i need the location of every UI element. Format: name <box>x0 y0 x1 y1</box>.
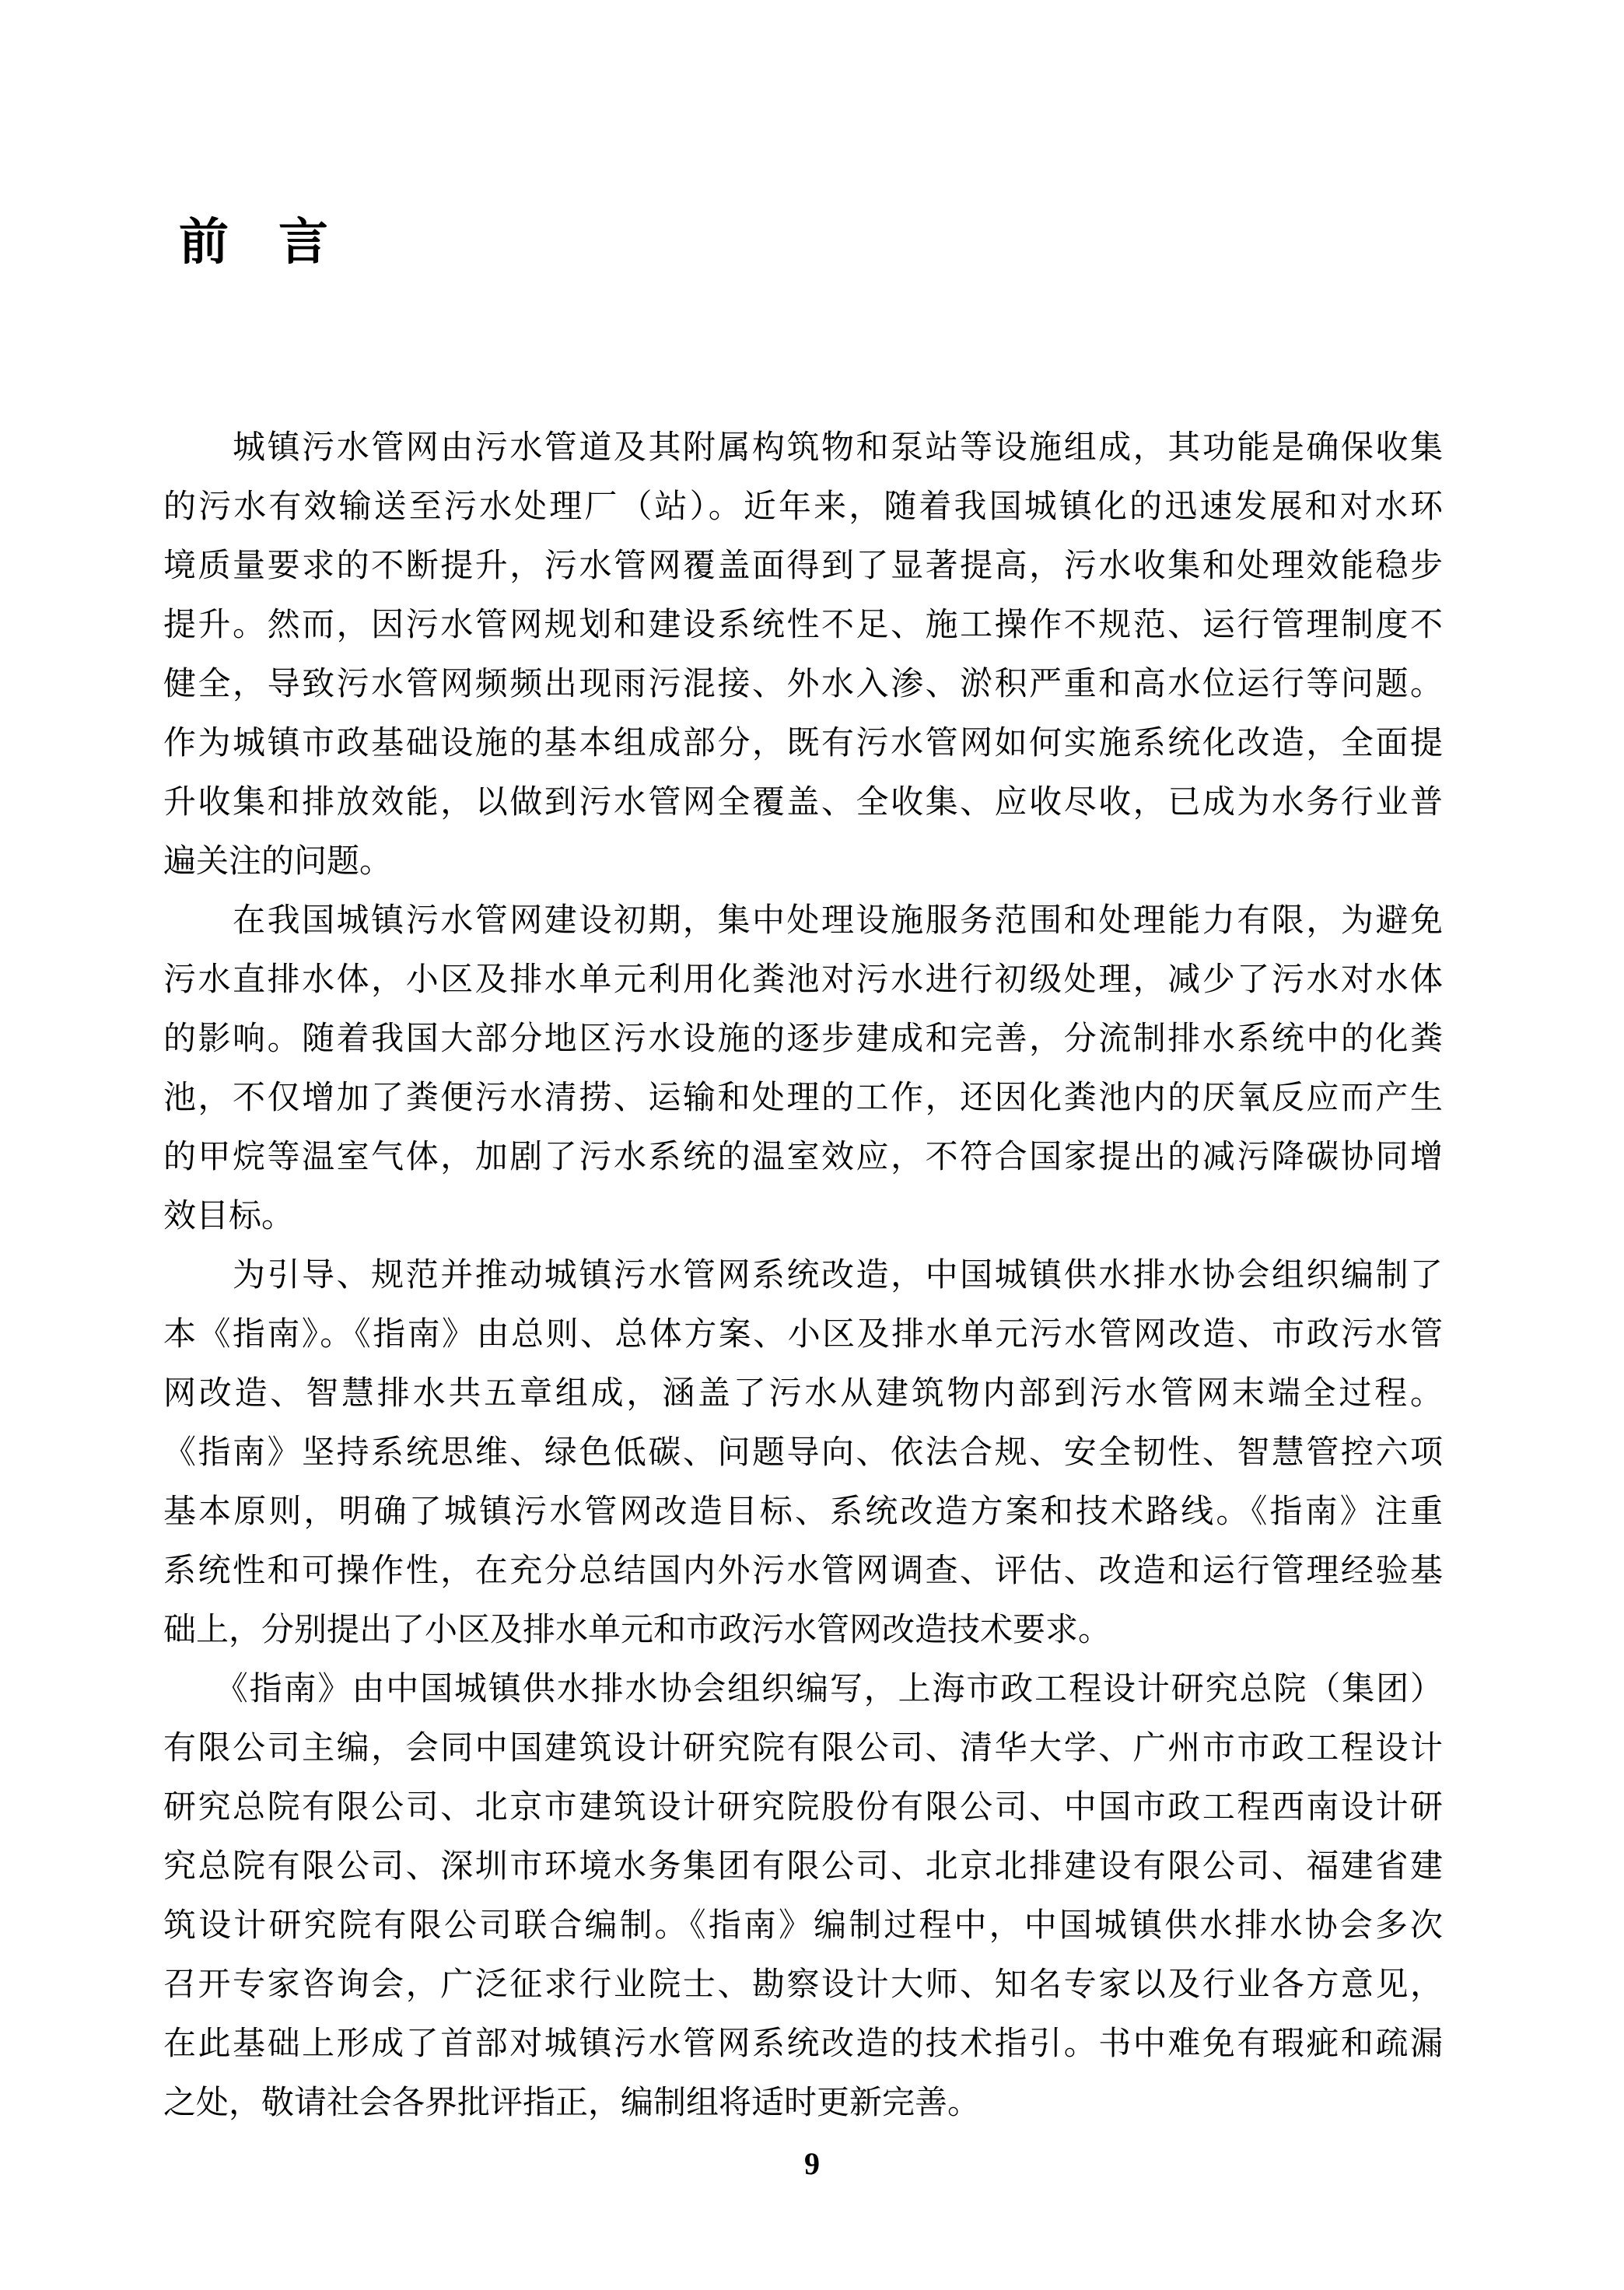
text-line: 的甲烷等温室气体，加剧了污水系统的温室效应，不符合国家提出的减污降碳协同增 <box>163 1128 1443 1187</box>
text-line: 提升。然而，因污水管网规划和建设系统性不足、施工操作不规范、运行管理制度不 <box>163 596 1443 655</box>
text-line: 的影响。随着我国大部分地区污水设施的逐步建成和完善，分流制排水系统中的化粪 <box>163 1010 1443 1069</box>
text-line: 本《指南》。《指南》由总则、总体方案、小区及排水单元污水管网改造、市政污水管 <box>163 1305 1443 1364</box>
text-line: 《指南》由中国城镇供水排水协会组织编写，上海市政工程设计研究总院（集团） <box>163 1660 1443 1719</box>
text-line: 在此基础上形成了首部对城镇污水管网系统改造的技术指引。书中难免有瑕疵和疏漏 <box>163 2015 1443 2074</box>
body-text: 城镇污水管网由污水管道及其附属构筑物和泵站等设施组成，其功能是确保收集 的污水有… <box>163 418 1443 2133</box>
text-line: 健全，导致污水管网频频出现雨污混接、外水入渗、淤积严重和高水位运行等问题。 <box>163 655 1443 714</box>
text-line: 基本原则，明确了城镇污水管网改造目标、系统改造方案和技术路线。《指南》注重 <box>163 1483 1443 1542</box>
text-line: 在我国城镇污水管网建设初期，集中处理设施服务范围和处理能力有限，为避免 <box>163 891 1443 951</box>
text-line: 之处，敬请社会各界批评指正，编制组将适时更新完善。 <box>163 2074 1443 2133</box>
page-number: 9 <box>0 2141 1624 2187</box>
text-line: 升收集和排放效能，以做到污水管网全覆盖、全收集、应收尽收，已成为水务行业普 <box>163 773 1443 832</box>
text-line: 为引导、规范并推动城镇污水管网系统改造，中国城镇供水排水协会组织编制了 <box>163 1246 1443 1305</box>
text-line: 遍关注的问题。 <box>163 832 1443 891</box>
text-line: 池，不仅增加了粪便污水清捞、运输和处理的工作，还因化粪池内的厌氧反应而产生 <box>163 1069 1443 1128</box>
text-line: 境质量要求的不断提升，污水管网覆盖面得到了显著提高，污水收集和处理效能稳步 <box>163 537 1443 596</box>
text-line: 筑设计研究院有限公司联合编制。《指南》编制过程中，中国城镇供水排水协会多次 <box>163 1896 1443 1956</box>
text-line: 效目标。 <box>163 1187 1443 1246</box>
text-line: 系统性和可操作性，在充分总结国内外污水管网调查、评估、改造和运行管理经验基 <box>163 1542 1443 1601</box>
text-line: 础上，分别提出了小区及排水单元和市政污水管网改造技术要求。 <box>163 1601 1443 1660</box>
text-line: 作为城镇市政基础设施的基本组成部分，既有污水管网如何实施系统化改造，全面提 <box>163 714 1443 773</box>
document-page: 前 言 城镇污水管网由污水管道及其附属构筑物和泵站等设施组成，其功能是确保收集 … <box>0 0 1624 2290</box>
text-line: 有限公司主编，会同中国建筑设计研究院有限公司、清华大学、广州市市政工程设计 <box>163 1719 1443 1778</box>
text-line: 研究总院有限公司、北京市建筑设计研究院股份有限公司、中国市政工程西南设计研 <box>163 1778 1443 1837</box>
text-line: 网改造、智慧排水共五章组成，涵盖了污水从建筑物内部到污水管网末端全过程。 <box>163 1364 1443 1423</box>
text-line: 污水直排水体，小区及排水单元利用化粪池对污水进行初级处理，减少了污水对水体 <box>163 951 1443 1010</box>
text-line: 的污水有效输送至污水处理厂（站）。近年来，随着我国城镇化的迅速发展和对水环 <box>163 478 1443 537</box>
text-line: 究总院有限公司、深圳市环境水务集团有限公司、北京北排建设有限公司、福建省建 <box>163 1837 1443 1896</box>
text-line: 召开专家咨询会，广泛征求行业院士、勘察设计大师、知名专家以及行业各方意见， <box>163 1956 1443 2015</box>
text-line: 《指南》坚持系统思维、绿色低碳、问题导向、依法合规、安全韧性、智慧管控六项 <box>163 1423 1443 1483</box>
text-line: 城镇污水管网由污水管道及其附属构筑物和泵站等设施组成，其功能是确保收集 <box>163 418 1443 478</box>
page-title: 前 言 <box>179 212 328 274</box>
